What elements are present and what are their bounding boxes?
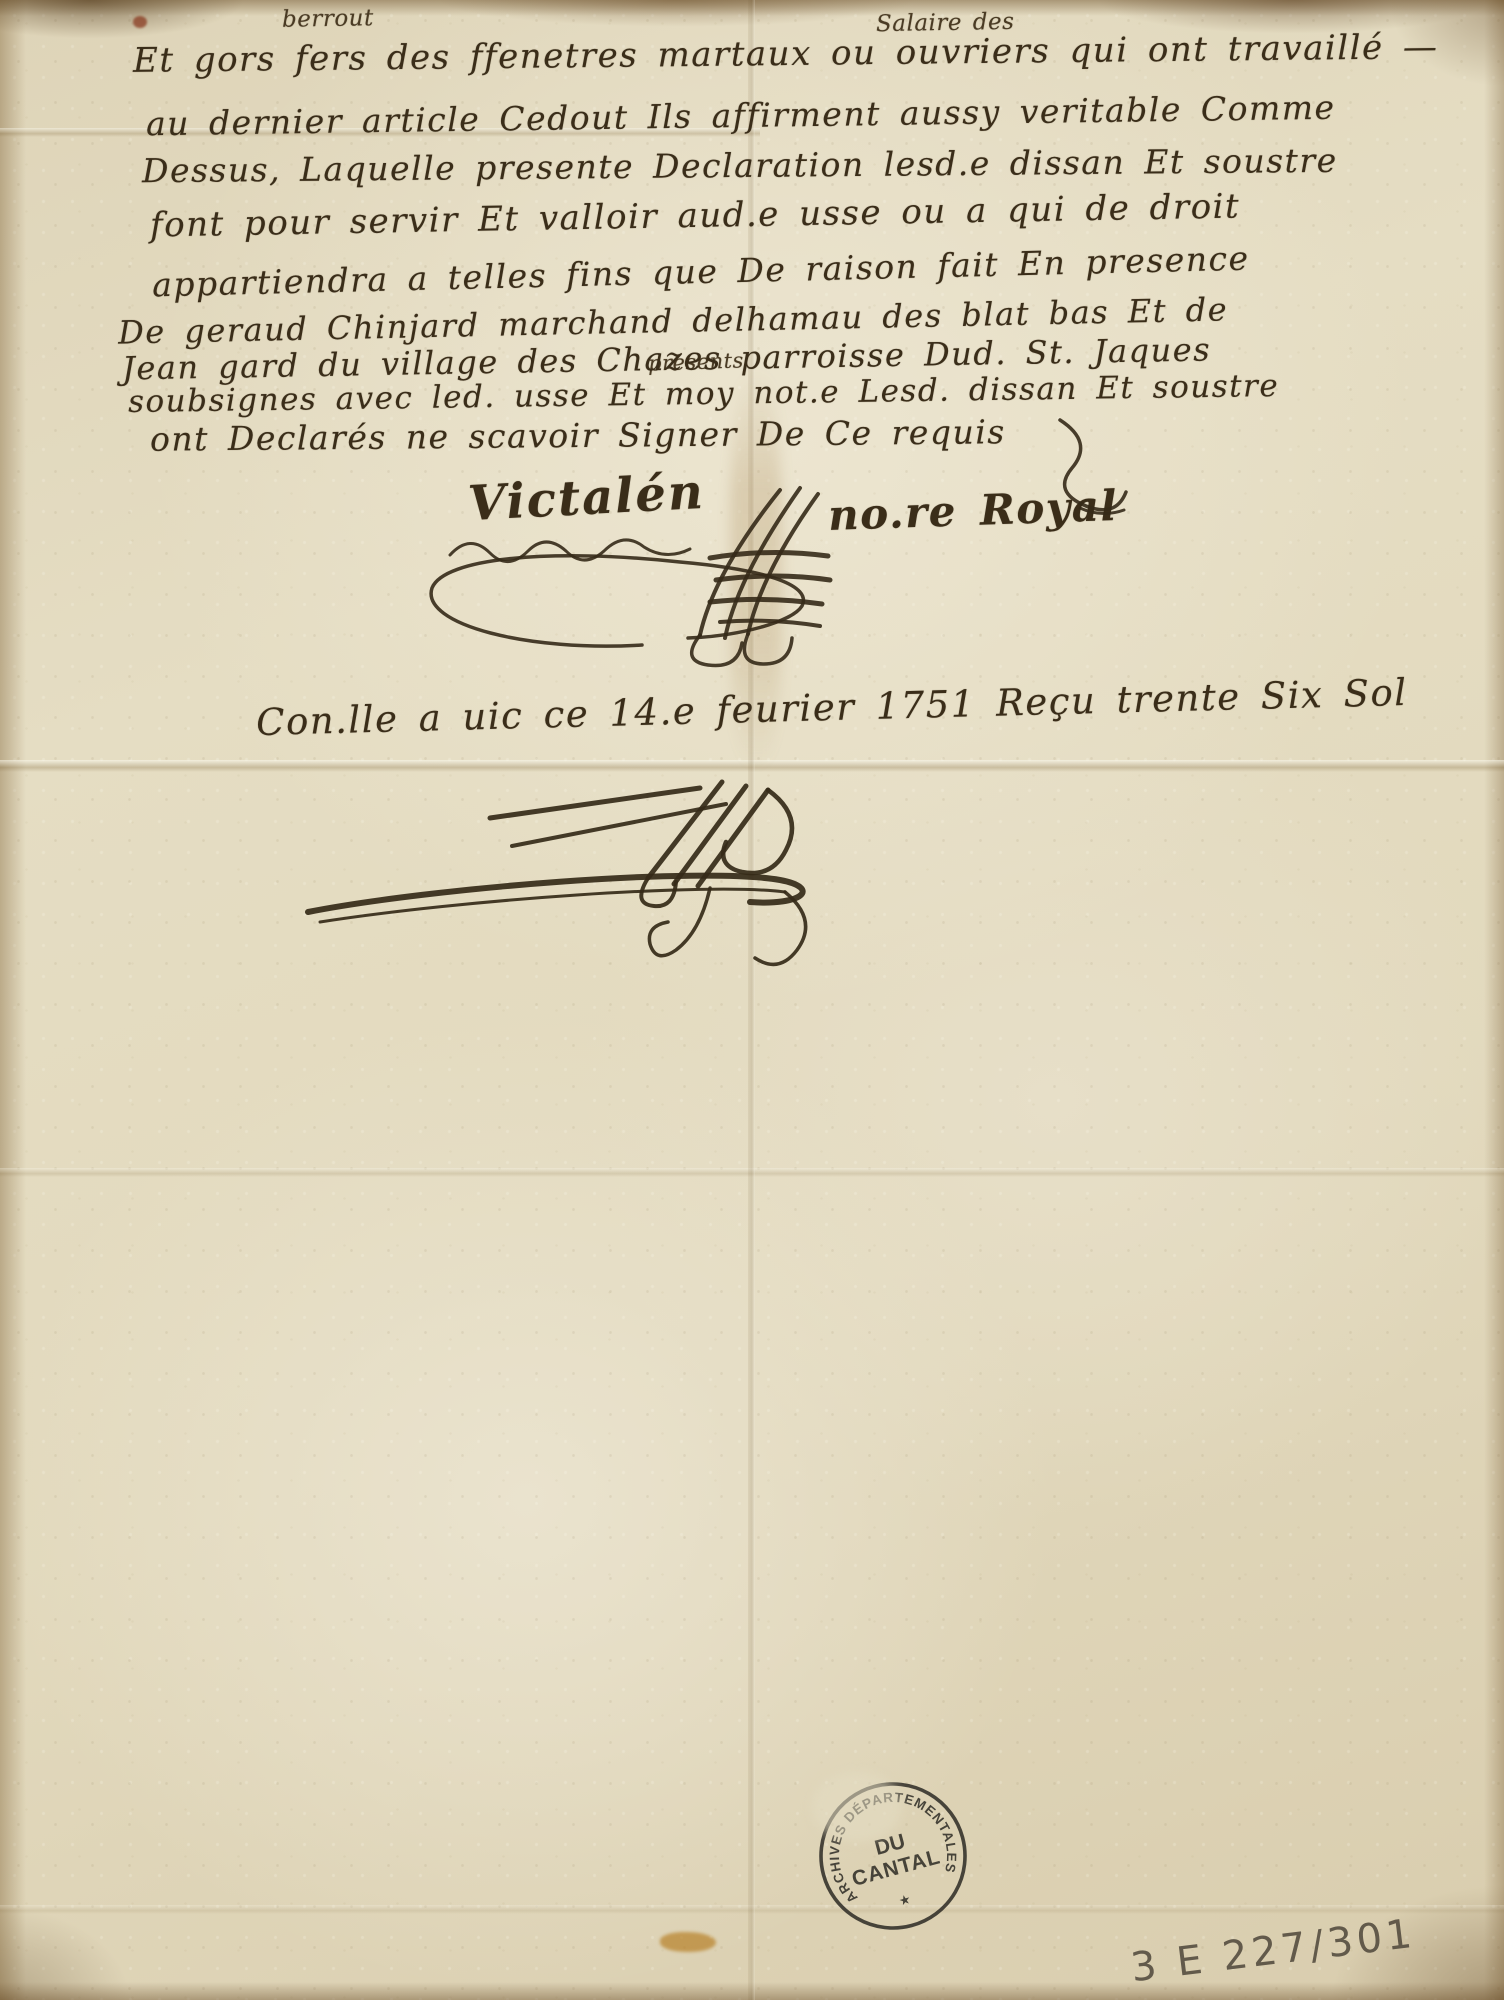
stamp-star-icon: ★ — [897, 1892, 912, 1910]
archival-reference-pencil: 3 E 227/301 — [1128, 1911, 1418, 1992]
manuscript-line: Et gors fers des ffenetres martaux ou ou… — [133, 27, 1439, 81]
manuscript-page: berrout Salaire des presents Et gors fer… — [0, 0, 1504, 2000]
manuscript-line: font pour servir Et valloir aud.e usse o… — [150, 186, 1241, 245]
interlinear-note: berrout — [282, 5, 374, 33]
controller-signature-flourish — [280, 760, 840, 980]
notary-paraphe-flourish — [380, 390, 1160, 680]
control-registration-line: Con.lle a uic ce 14.e feurier 1751 Reçu … — [256, 671, 1408, 744]
archive-stamp: ARCHIVES DÉPARTEMENTALES DU CANTAL ★ — [805, 1770, 985, 1946]
brown-stain — [660, 1932, 716, 1952]
manuscript-line: Dessus, Laquelle presente Declaration le… — [142, 141, 1338, 190]
manuscript-line: au dernier article Cedout Ils affirment … — [146, 88, 1336, 144]
ink-spot-stain — [133, 16, 147, 28]
